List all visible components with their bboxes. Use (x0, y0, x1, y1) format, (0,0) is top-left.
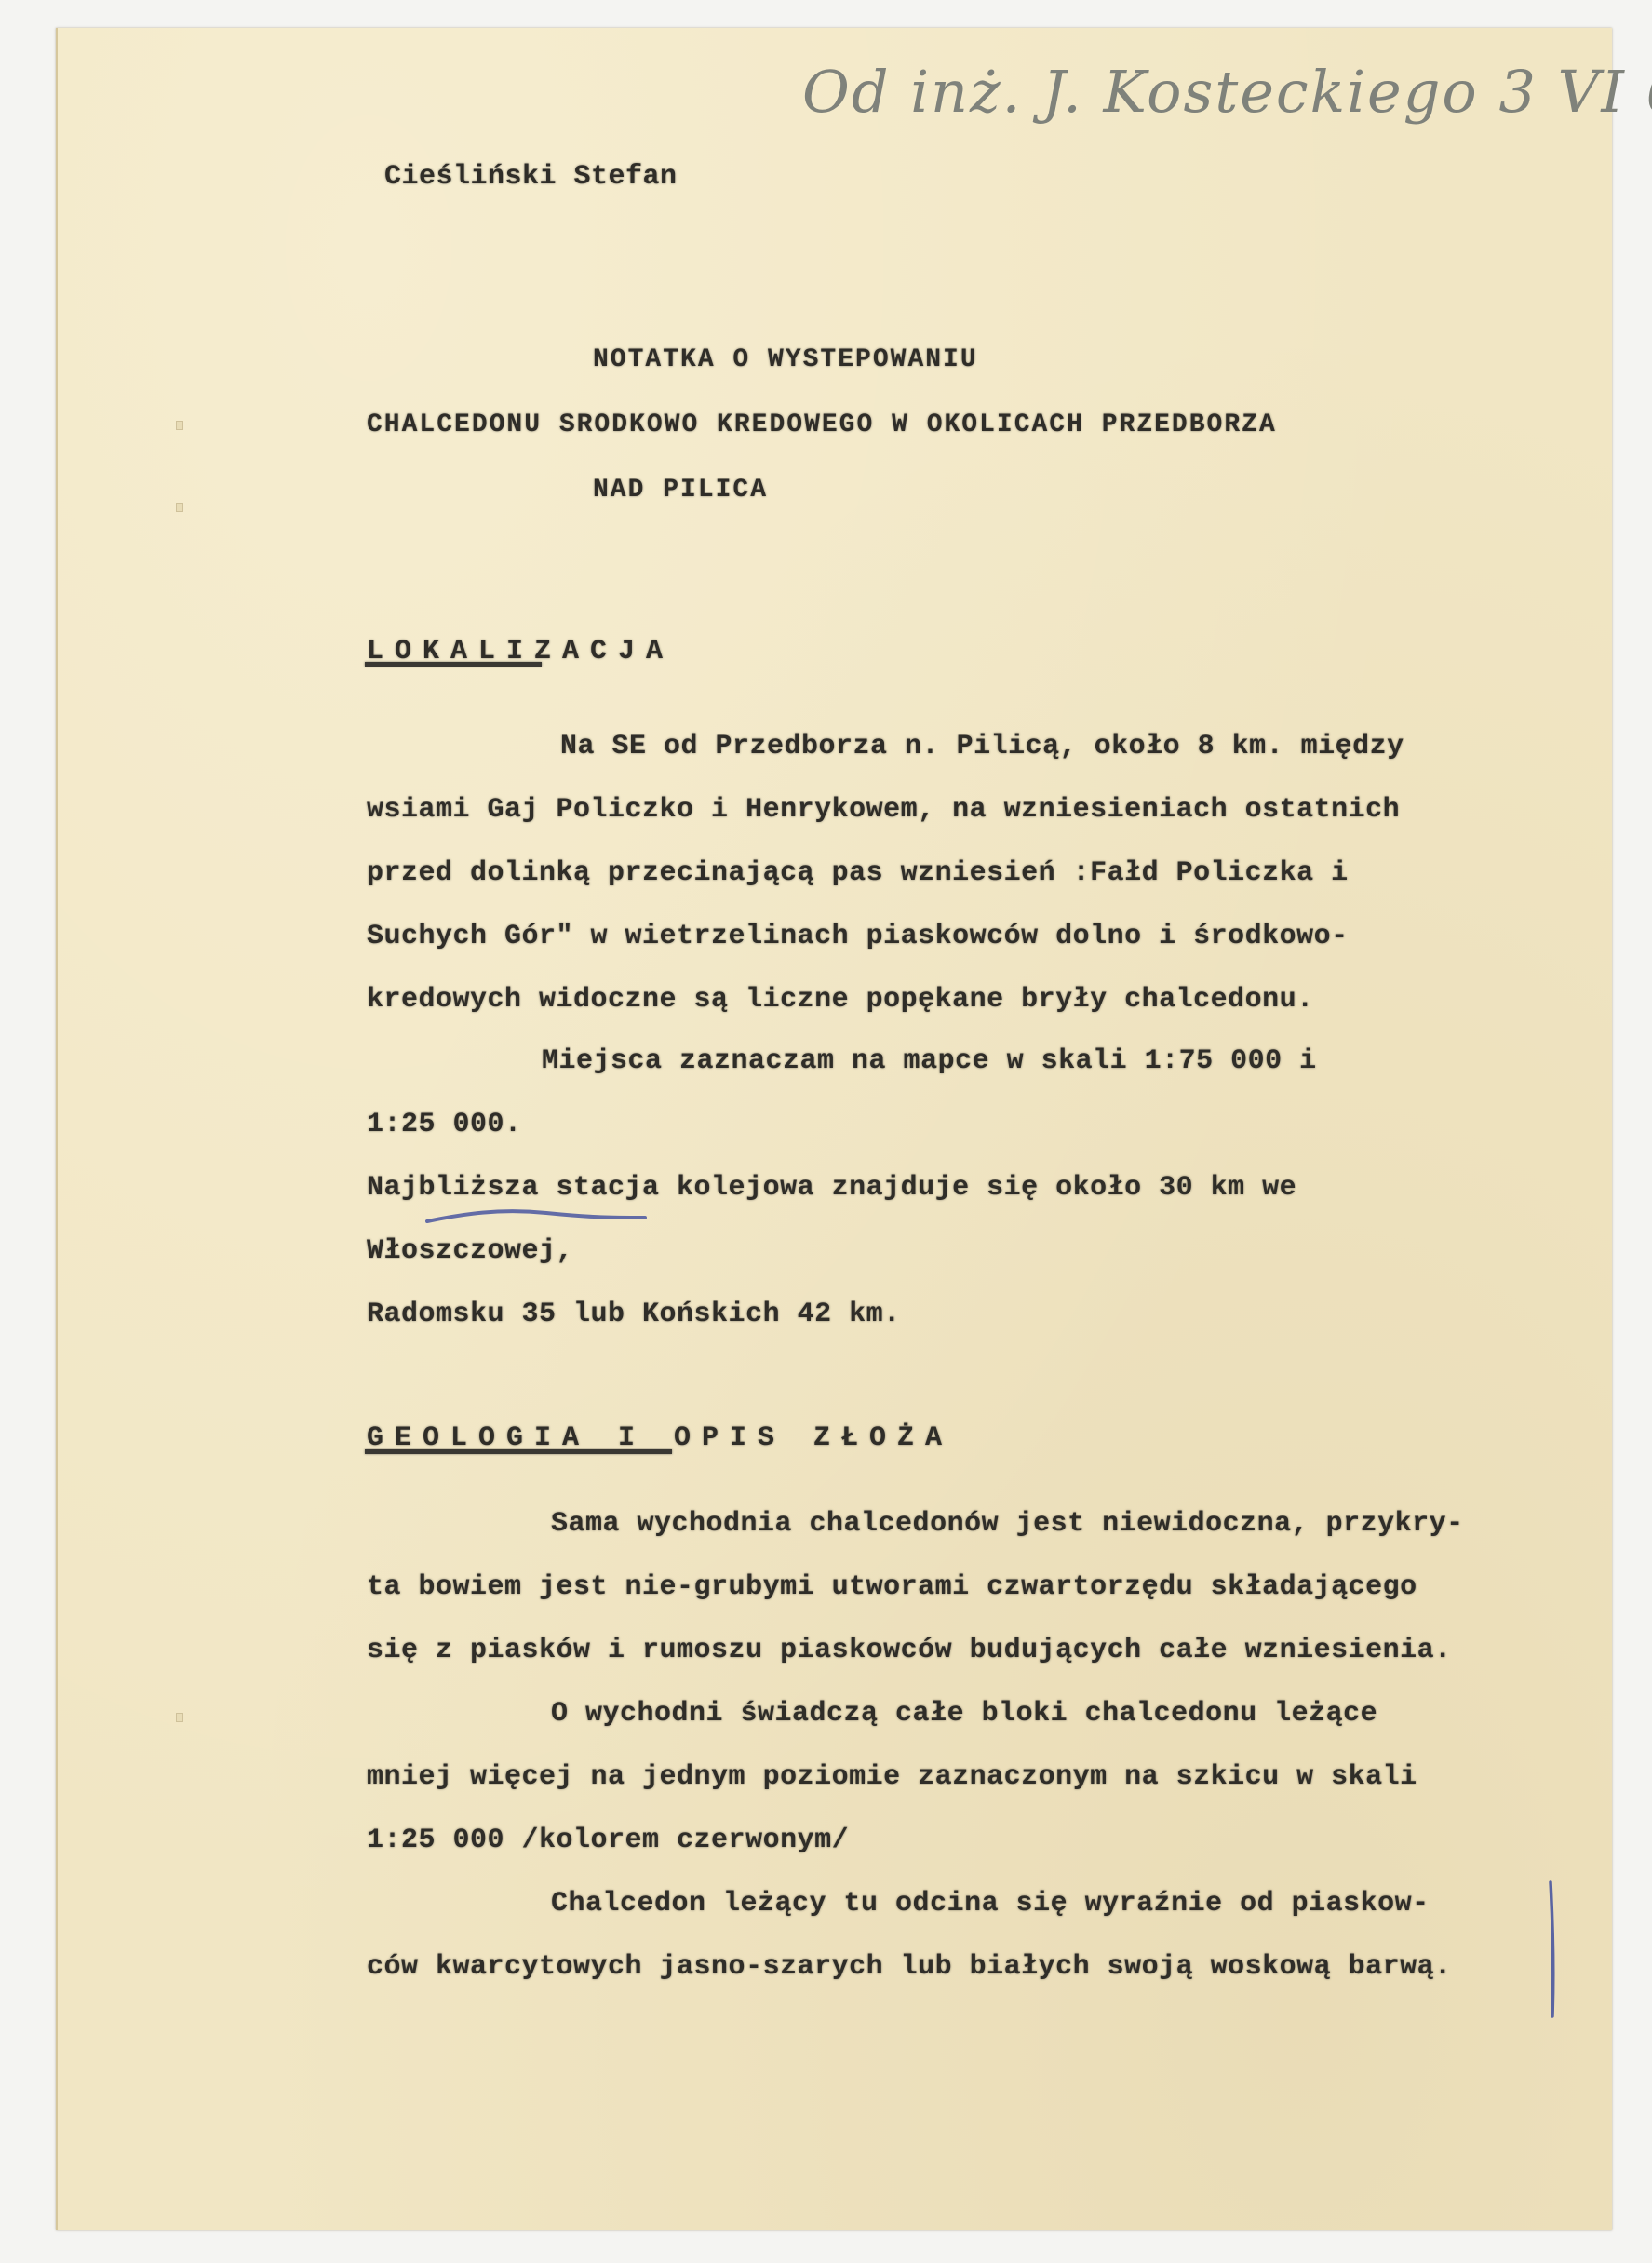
blue-pen-underline (425, 1208, 649, 1231)
paragraph-line: przed dolinką przecinającą pas wzniesień… (367, 859, 1349, 887)
paragraph-line: ców kwarcytowych jasno-szarych lub biały… (367, 1953, 1452, 1981)
paragraph-line: Miejsca zaznaczam na mapce w skali 1:75 … (542, 1047, 1317, 1075)
title-line-2: CHALCEDONU SRODKOWO KREDOWEGO W OKOLICAC… (367, 412, 1277, 438)
section-heading-geologia: GEOLOGIA I OPIS ZŁOŻA (367, 1424, 953, 1452)
paragraph-line: 1:25 000 /kolorem czerwonym/ (367, 1826, 849, 1854)
heading-underline (365, 1449, 672, 1454)
paragraph-line: się z piasków i rumoszu piaskowców buduj… (367, 1637, 1452, 1664)
paragraph-line: Na SE od Przedborza n. Pilicą, około 8 k… (560, 733, 1404, 761)
paragraph-line: wsiami Gaj Policzko i Henrykowem, na wzn… (367, 796, 1400, 824)
paragraph-line: Włoszczowej, (367, 1237, 573, 1265)
author-name: Cieśliński Stefan (384, 163, 678, 191)
paragraph-line: Chalcedon leżący tu odcina się wyraźnie … (551, 1890, 1430, 1918)
paragraph-line: 1:25 000. (367, 1111, 522, 1138)
blue-pen-margin-bracket (1547, 1880, 1558, 2020)
title-line-3: NAD PILICA (593, 478, 768, 504)
paragraph-line: Sama wychodnia chalcedonów jest niewidoc… (551, 1510, 1464, 1538)
document-page: Od inż. J. Kosteckiego 3 VI 60. Cieślińs… (56, 28, 1612, 2230)
paragraph-line: kredowych widoczne są liczne popękane br… (367, 986, 1314, 1014)
paragraph-line: ta bowiem jest nie-grubymi utworami czwa… (367, 1573, 1417, 1601)
binding-hole (176, 421, 183, 430)
paragraph-line: Radomsku 35 lub Końskich 42 km. (367, 1300, 901, 1328)
heading-underline (365, 662, 542, 667)
handwritten-note: Od inż. J. Kosteckiego 3 VI 60. (802, 58, 1652, 126)
binding-hole (176, 503, 183, 512)
paragraph-line: O wychodni świadczą całe bloki chalcedon… (551, 1700, 1377, 1728)
title-line-1: NOTATKA O WYSTEPOWANIU (593, 347, 978, 373)
binding-hole (176, 1713, 183, 1722)
paragraph-line: Suchych Gór" w wietrzelinach piaskowców … (367, 923, 1349, 950)
paragraph-line-underlined: Najbliższa stacja kolejowa znajduje się … (367, 1174, 1296, 1202)
paragraph-line: mniej więcej na jednym poziomie zaznaczo… (367, 1763, 1417, 1791)
